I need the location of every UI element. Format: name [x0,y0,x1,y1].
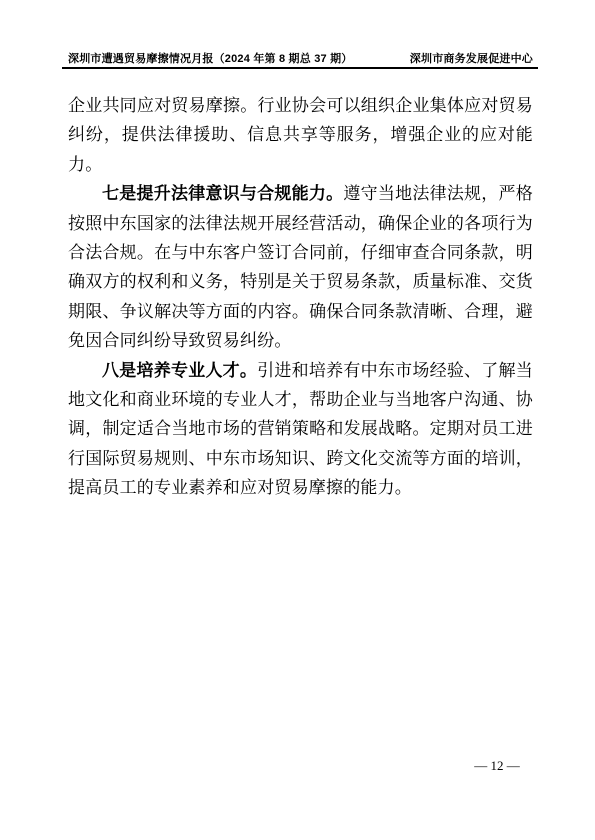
paragraph-lead: 七是提升法律意识与合规能力。 [102,184,343,203]
paragraph: 八是培养专业人才。引进和培养有中东市场经验、了解当地文化和商业环境的专业人才，帮… [68,356,533,503]
paragraph: 企业共同应对贸易摩擦。行业协会可以组织企业集体应对贸易纠纷，提供法律援助、信息共… [68,91,533,179]
document-body: 企业共同应对贸易摩擦。行业协会可以组织企业集体应对贸易纠纷，提供法律援助、信息共… [68,91,533,503]
page-number: — 12 — [462,758,532,774]
document-page: 深圳市遭遇贸易摩擦情况月报（2024 年第 8 期总 37 期） 深圳市商务发展… [0,0,595,840]
header-right-title: 深圳市商务发展促进中心 [410,50,533,66]
paragraph-lead: 八是培养专业人才。 [102,361,257,380]
paragraph: 七是提升法律意识与合规能力。遵守当地法律法规，严格按照中东国家的法律法规开展经营… [68,179,533,355]
header-rule [62,67,538,69]
page-header: 深圳市遭遇贸易摩擦情况月报（2024 年第 8 期总 37 期） 深圳市商务发展… [68,50,533,66]
header-left-title: 深圳市遭遇贸易摩擦情况月报（2024 年第 8 期总 37 期） [68,50,353,66]
